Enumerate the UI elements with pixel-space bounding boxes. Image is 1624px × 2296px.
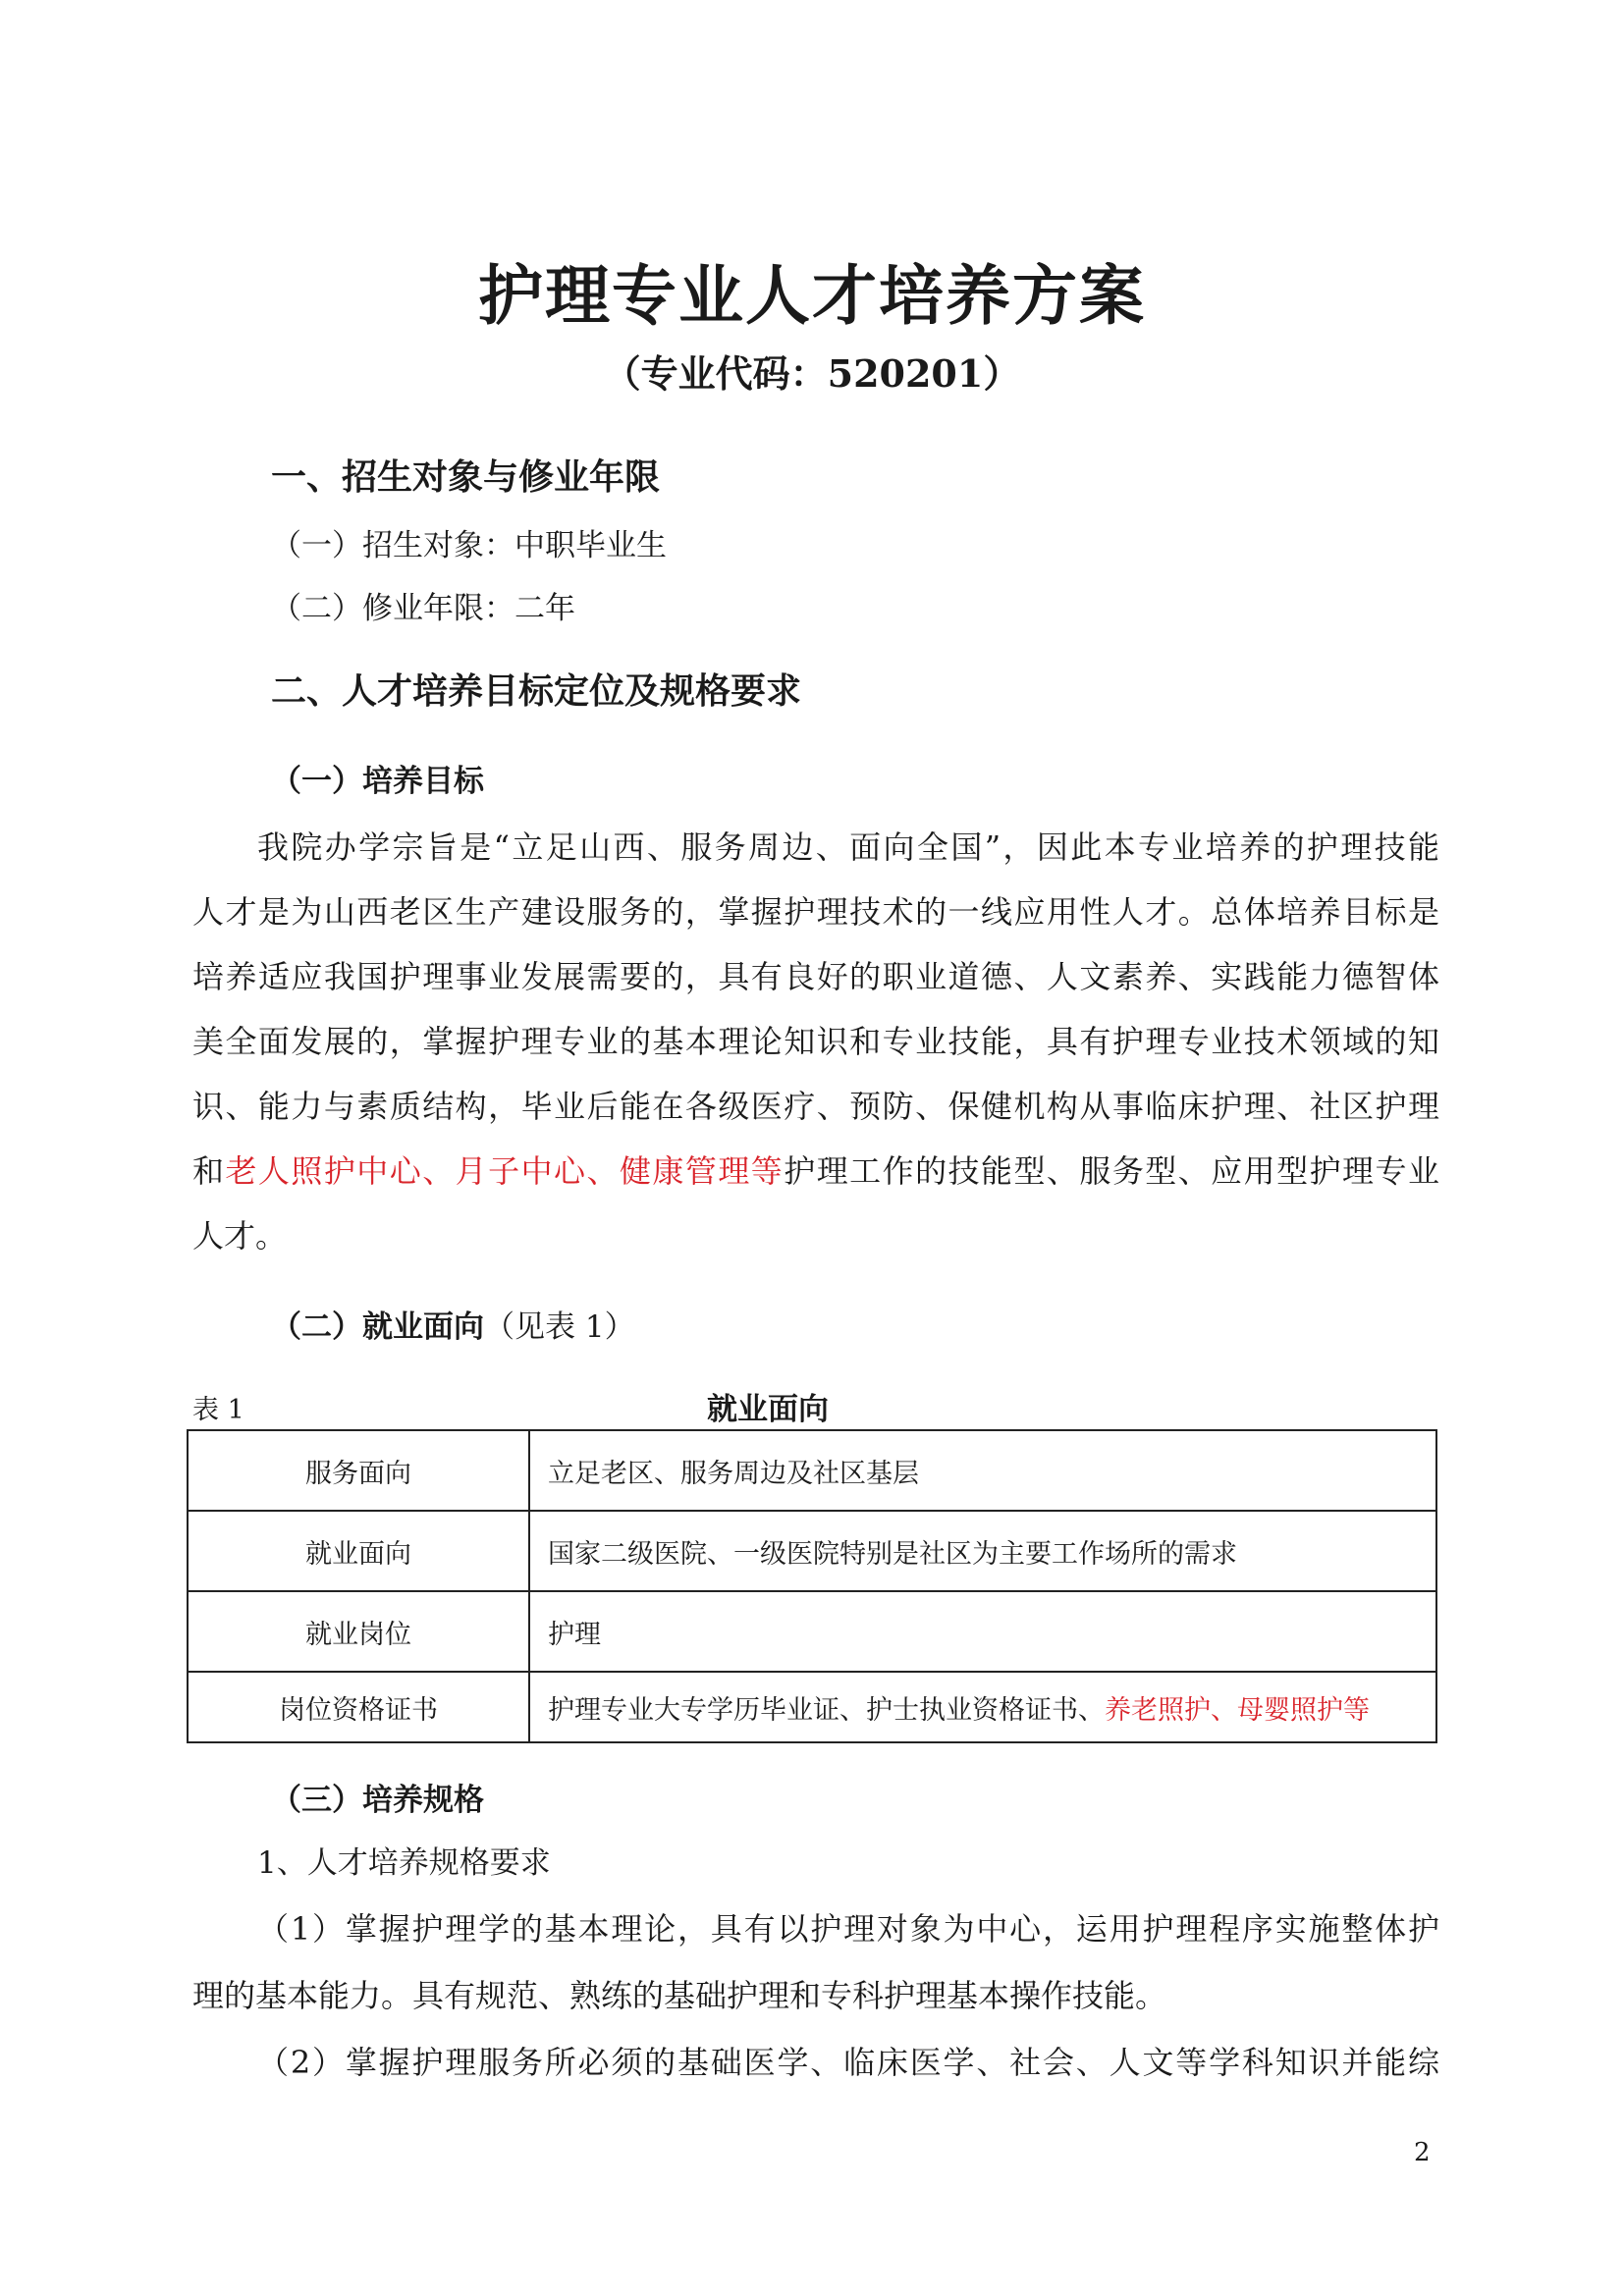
table-row: 就业面向 国家二级医院、一级医院特别是社区为主要工作场所的需求 xyxy=(188,1511,1436,1591)
enrollment-target: （一）招生对象：中职毕业生 xyxy=(271,520,667,564)
paragraph-line: 和老人照护中心、月子中心、健康管理等护理工作的技能型、服务型、应用型护理专业 xyxy=(192,1147,1439,1192)
table-caption: 就业面向 xyxy=(707,1384,829,1428)
paragraph-line: 人才是为山西老区生产建设服务的，掌握护理技术的一线应用性人才。总体培养目标是 xyxy=(192,887,1439,933)
employment-table: 服务面向 立足老区、服务周边及社区基层 就业面向 国家二级医院、一级医院特别是社… xyxy=(187,1429,1437,1743)
section2-heading: 二、人才培养目标定位及规格要求 xyxy=(271,664,801,714)
paragraph-line: 识、能力与素质结构，毕业后能在各级医疗、预防、保健机构从事临床护理、社区护理 xyxy=(192,1082,1439,1127)
paragraph-line: （1）掌握护理学的基本理论，具有以护理对象为中心，运用护理程序实施整体护 xyxy=(257,1904,1439,1949)
table-value: 国家二级医院、一级医院特别是社区为主要工作场所的需求 xyxy=(529,1511,1436,1591)
sub1-heading: （一）培养目标 xyxy=(271,756,484,800)
paragraph-line: 我院办学宗旨是“立足山西、服务周边、面向全国”，因此本专业培养的护理技能 xyxy=(257,823,1439,868)
table-label: 表 1 xyxy=(192,1388,244,1426)
table-key: 就业面向 xyxy=(188,1511,529,1591)
text: 和 xyxy=(192,1152,225,1190)
sub3-heading: （三）培养规格 xyxy=(271,1775,484,1819)
sub2-heading-note: （见表 1） xyxy=(484,1309,635,1345)
table-key: 岗位资格证书 xyxy=(188,1672,529,1742)
table-row: 服务面向 立足老区、服务周边及社区基层 xyxy=(188,1430,1436,1511)
table-key: 就业岗位 xyxy=(188,1591,529,1672)
table-value: 护理 xyxy=(529,1591,1436,1672)
document-title: 护理专业人才培养方案 xyxy=(0,243,1624,337)
page-number: 2 xyxy=(1414,2138,1431,2167)
paragraph-line: 培养适应我国护理事业发展需要的，具有良好的职业道德、人文素养、实践能力德智体 xyxy=(192,952,1439,997)
highlight-text: 养老照护、母婴照护等 xyxy=(1105,1695,1370,1726)
study-duration: （二）修业年限：二年 xyxy=(271,583,575,627)
table-value: 立足老区、服务周边及社区基层 xyxy=(529,1430,1436,1511)
text: 护理专业大专学历毕业证、护士执业资格证书、 xyxy=(548,1695,1105,1726)
text: 护理工作的技能型、服务型、应用型护理专业 xyxy=(784,1152,1439,1190)
table-key: 服务面向 xyxy=(188,1430,529,1511)
table-value: 护理专业大专学历毕业证、护士执业资格证书、养老照护、母婴照护等 xyxy=(529,1672,1436,1742)
paragraph-line: （2）掌握护理服务所必须的基础医学、临床医学、社会、人文等学科知识并能综 xyxy=(257,2038,1439,2083)
major-code: （专业代码：520201） xyxy=(0,344,1624,398)
sub2-heading-bold: （二）就业面向 xyxy=(271,1309,484,1345)
paragraph-line: 人才。 xyxy=(192,1211,287,1256)
section1-heading: 一、招生对象与修业年限 xyxy=(271,450,660,500)
spec-item-heading: 1、人才培养规格要求 xyxy=(257,1838,551,1882)
paragraph-line: 美全面发展的，掌握护理专业的基本理论知识和专业技能，具有护理专业技术领域的知 xyxy=(192,1017,1439,1062)
sub2-heading: （二）就业面向（见表 1） xyxy=(271,1302,635,1346)
table-row: 岗位资格证书 护理专业大专学历毕业证、护士执业资格证书、养老照护、母婴照护等 xyxy=(188,1672,1436,1742)
table-row: 就业岗位 护理 xyxy=(188,1591,1436,1672)
paragraph-line: 理的基本能力。具有规范、熟练的基础护理和专科护理基本操作技能。 xyxy=(192,1971,1166,2016)
highlight-text: 老人照护中心、月子中心、健康管理等 xyxy=(225,1152,784,1190)
